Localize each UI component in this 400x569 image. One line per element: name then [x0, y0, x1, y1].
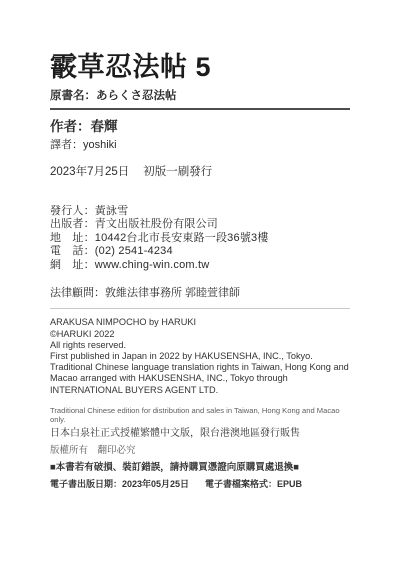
edition-line: 2023年7月25日 初版一刷發行: [50, 165, 350, 179]
publisher-block: 發行人：黃詠雪 出版者：青文出版社股份有限公司 地 址：10442台北市長安東路…: [50, 205, 350, 272]
copyright-line-first-published: First published in Japan in 2022 by HAKU…: [50, 351, 350, 362]
damage-notice: ■本書若有破損、裝訂錯誤，請持購買憑證向原購買處退換■: [50, 462, 350, 473]
copyright-line-translation-rights: Traditional Chinese language translation…: [50, 362, 350, 396]
colophon-page: 霰草忍法帖 5 原書名：あらくさ忍法帖 作者：春輝 譯者：yoshiki 202…: [0, 0, 400, 569]
translator-line: 譯者：yoshiki: [50, 139, 350, 152]
rights-notice: 版權所有 翻印必究: [50, 445, 350, 456]
ebook-format: 電子書檔案格式：EPUB: [205, 479, 302, 490]
distribution-notice: Traditional Chinese edition for distribu…: [50, 406, 350, 424]
publisher-line-address: 地 址：10442台北市長安東路一段36號3樓: [50, 232, 350, 245]
publisher-line-phone: 電 話：(02) 2541-4234: [50, 245, 350, 258]
copyright-line-holder: ©HARUKI 2022: [50, 329, 350, 340]
copyright-line-title: ARAKUSA NIMPOCHO by HARUKI: [50, 317, 350, 328]
book-title: 霰草忍法帖 5: [50, 52, 350, 82]
copyright-block: ARAKUSA NIMPOCHO by HARUKI ©HARUKI 2022 …: [50, 317, 350, 395]
original-title: 原書名：あらくさ忍法帖: [50, 89, 350, 103]
copyright-line-reserved: All rights reserved.: [50, 340, 350, 351]
title-divider: [50, 108, 350, 110]
author-line: 作者：春輝: [50, 119, 350, 135]
edition-date: 2023年7月25日: [50, 165, 129, 179]
publisher-line-website: 網 址：www.ching-win.com.tw: [50, 259, 350, 272]
edition-printing: 初版一刷發行: [143, 165, 212, 179]
ebook-publish-date: 電子書出版日期：2023年05月25日: [50, 479, 189, 490]
section-divider: [50, 308, 350, 309]
legal-advisor-line: 法律顧問：敦維法律事務所 郭睦萱律師: [50, 287, 350, 300]
publisher-line-issuer: 發行人：黃詠雪: [50, 205, 350, 218]
ebook-info-line: 電子書出版日期：2023年05月25日 電子書檔案格式：EPUB: [50, 479, 350, 490]
publisher-line-company: 出版者：青文出版社股份有限公司: [50, 218, 350, 231]
license-notice: 日本白泉社正式授權繁體中文版，限台港澳地區發行販售: [50, 428, 350, 440]
